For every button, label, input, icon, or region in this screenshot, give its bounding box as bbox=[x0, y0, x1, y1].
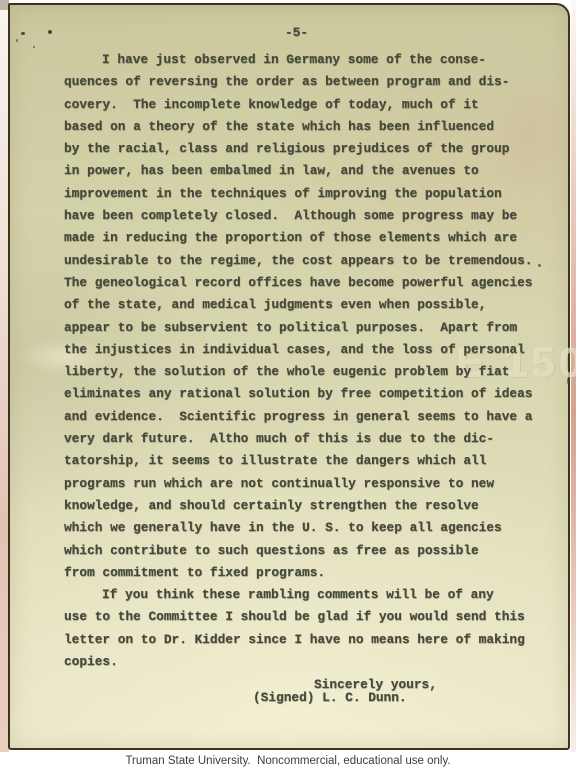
letter-line: programs run which are not continually r… bbox=[64, 473, 550, 495]
letter-line: covery. The incomplete knowledge of toda… bbox=[64, 94, 550, 116]
letter-line: made in reducing the proportion of those… bbox=[64, 227, 550, 249]
letter-line: based on a theory of the state which has… bbox=[64, 116, 550, 138]
signature-block: Sincerely yours, (Signed) L. C. Dunn. bbox=[253, 679, 437, 704]
letter-line: have been completely closed. Although so… bbox=[64, 205, 550, 227]
letter-line: copies. bbox=[64, 651, 550, 673]
letter-line: appear to be subservient to political pu… bbox=[64, 317, 550, 339]
letter-line: quences of reversing the order as betwee… bbox=[64, 71, 550, 93]
letter-line: the injustices in individual cases, and … bbox=[64, 339, 550, 361]
letter-line: use to the Committee I should be glad if… bbox=[64, 606, 550, 628]
letter-body: I have just observed in Germany some of … bbox=[64, 49, 550, 673]
letter-line: and evidence. Scientific progress in gen… bbox=[64, 406, 550, 428]
paper-speck bbox=[16, 39, 18, 42]
paper-speck bbox=[33, 46, 35, 48]
letter-line: of the state, and medical judgments even… bbox=[64, 294, 550, 316]
letter-line: letter on to Dr. Kidder since I have no … bbox=[64, 629, 550, 651]
letter-line: by the racial, class and religious preju… bbox=[64, 138, 550, 160]
letter-line: knowledge, and should certainly strength… bbox=[64, 495, 550, 517]
letter-line: improvement in the techniques of improvi… bbox=[64, 183, 550, 205]
letter-line: which contribute to such questions as fr… bbox=[64, 540, 550, 562]
signature-line: (Signed) L. C. Dunn. bbox=[253, 692, 437, 705]
letter-line: I have just observed in Germany some of … bbox=[64, 49, 550, 71]
letter-line: which we generally have in the U. S. to … bbox=[64, 517, 550, 539]
letter-line: from commitment to fixed programs. bbox=[64, 562, 550, 584]
letter-line: The geneological record offices have bec… bbox=[64, 272, 550, 294]
page-number: -5- bbox=[285, 25, 308, 40]
letter-line: If you think these rambling comments wil… bbox=[64, 584, 550, 606]
letter-line: in power, has been embalmed in law, and … bbox=[64, 160, 550, 182]
letter-line: tatorship, it seems to illustrate the da… bbox=[64, 450, 550, 472]
letter-line: very dark future. Altho much of this is … bbox=[64, 428, 550, 450]
letter-paper: E 150 -5- I have just observed in German… bbox=[8, 3, 570, 750]
attribution-caption: Truman State University. Noncommercial, … bbox=[0, 755, 576, 767]
paper-speck bbox=[48, 30, 52, 34]
letter-line: undesirable to the regime, the cost appe… bbox=[64, 250, 550, 272]
letter-line: liberty, the solution of the whole eugen… bbox=[64, 361, 550, 383]
scanned-letter-page: E 150 -5- I have just observed in German… bbox=[0, 0, 576, 772]
paper-speck bbox=[21, 32, 25, 35]
letter-line: eliminates any rational solution by free… bbox=[64, 383, 550, 405]
